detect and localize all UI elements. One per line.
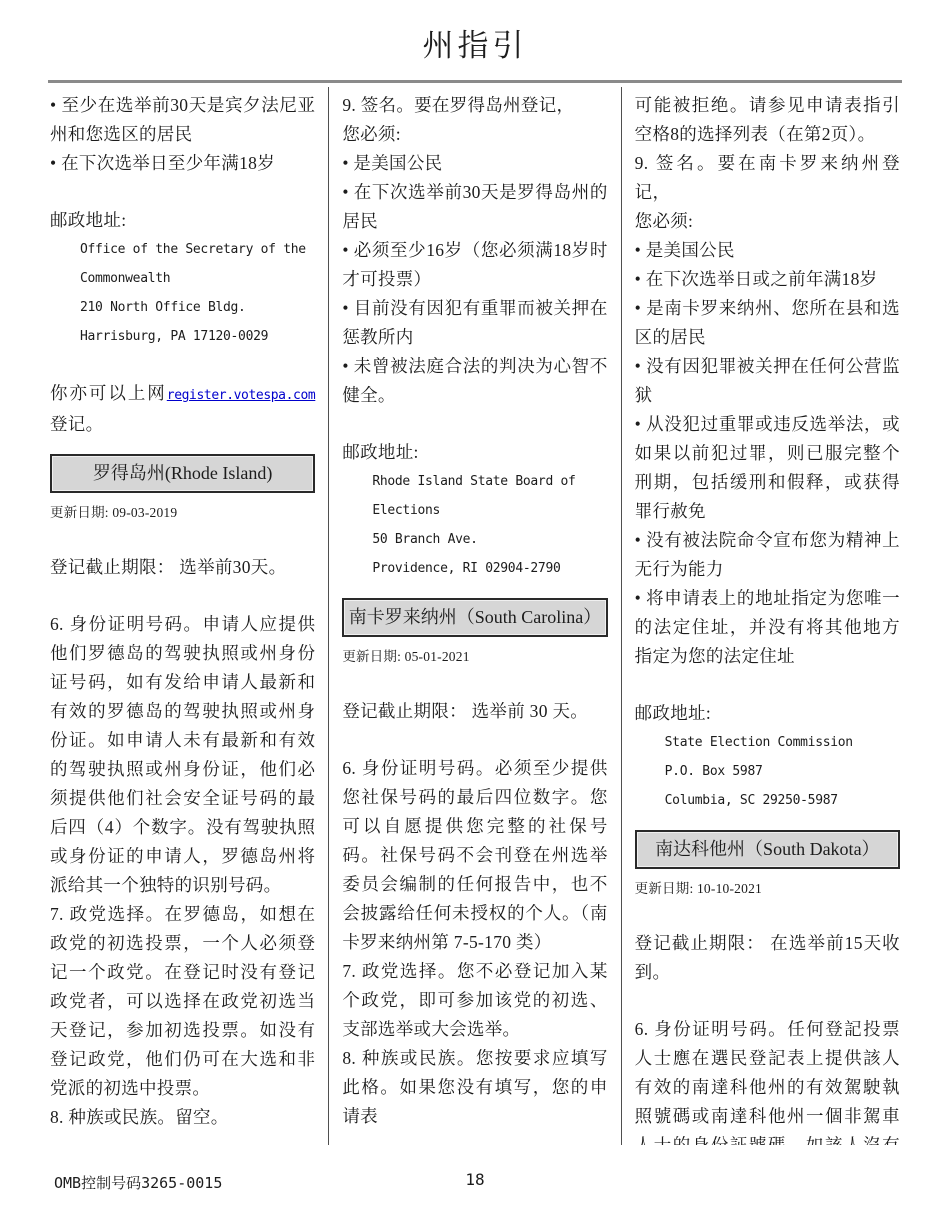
text-paragraph: 6. 身份证明号码。任何登記投票人士應在選民登記表上提供該人有效的南達科他州的有… [635,1015,900,1145]
votespa-link[interactable]: register.votespa.com [167,388,316,403]
text-paragraph: • 在下次选举日或之前年满18岁 [635,265,900,294]
text-paragraph: • 未曾被法庭合法的判决为心智不健全。 [342,352,607,410]
text-paragraph: • 在下次选举前30天是罗得岛州的居民 [342,178,607,236]
address-line: Rhode Island State Board of [372,467,607,496]
text-paragraph: 9. 签名。要在罗得岛州登记， [342,91,607,120]
column-left: • 至少在选举前30天是宾夕法尼亚州和您选区的居民• 在下次选举日至少年满18岁… [48,87,328,1145]
mailing-address: Office of the Secretary of theCommonweal… [50,235,315,351]
address-line: Columbia, SC 29250-5987 [665,786,900,815]
text-paragraph: • 没有因犯罪被关押在任何公营监狱 [635,352,900,410]
text-paragraph: • 在下次选举日至少年满18岁 [50,149,315,178]
content-area: • 至少在选举前30天是宾夕法尼亚州和您选区的居民• 在下次选举日至少年满18岁… [48,87,902,1145]
state-section-title: 南卡罗来纳州（South Carolina） [349,607,602,627]
text-paragraph: • 从没犯过重罪或违反选举法，或如果以前犯过罪，则已服完整个刑期，包括缓刑和假释… [635,410,900,526]
state-section-header: 南达科他州（South Dakota） [635,830,900,869]
text-paragraph: 登记截止期限： 选举前30天。 [50,553,315,582]
text-paragraph: • 至少在选举前30天是宾夕法尼亚州和您选区的居民 [50,91,315,149]
link-suffix-text: 登记。 [50,414,103,434]
column-middle: 9. 签名。要在罗得岛州登记，您必须:• 是美国公民• 在下次选举前30天是罗得… [329,87,620,1145]
text-paragraph: 9. 签名。要在南卡罗来纳州登记， [635,149,900,207]
column-right: 可能被拒绝。请参见申请表指引空格8的选择列表（在第2页）。9. 签名。要在南卡罗… [622,87,902,1145]
text-paragraph: • 是南卡罗来纳州、您所在县和选区的居民 [635,294,900,352]
update-date: 更新日期: 09-03-2019 [50,501,315,525]
address-line: State Election Commission [665,728,900,757]
text-paragraph: 7. 政党选择。在罗德岛，如想在政党的初选投票，一个人必须登记一个政党。在登记时… [50,900,315,1103]
text-paragraph: • 是美国公民 [635,236,900,265]
address-line: Elections [372,496,607,525]
online-register-line: 你亦可以上网register.votespa.com登记。 [50,379,315,439]
text-paragraph: 6. 身份证明号码。申请人应提供他们罗德岛的驾驶执照或州身份证号码，如有发给申请… [50,610,315,900]
address-line: Providence, RI 02904-2790 [372,554,607,583]
state-section-header: 罗得岛州(Rhode Island) [50,454,315,493]
address-line: 50 Branch Ave. [372,525,607,554]
text-paragraph: • 将申请表上的地址指定为您唯一的法定住址，并没有将其他地方指定为您的法定住址 [635,584,900,671]
spacer [635,987,900,1015]
text-paragraph: • 是美国公民 [342,149,607,178]
mailing-address: Rhode Island State Board ofElections50 B… [342,467,607,583]
mailing-address: State Election CommissionP.O. Box 5987Co… [635,728,900,815]
state-section-title: 南达科他州（South Dakota） [655,839,880,859]
address-line: Harrisburg, PA 17120-0029 [80,322,315,351]
state-section-header: 南卡罗来纳州（South Carolina） [342,598,607,637]
text-paragraph: 您必须: [342,120,607,149]
spacer [635,901,900,929]
link-prefix-text: 你亦可以上网 [50,383,167,403]
page-title: 州指引 [0,26,950,66]
spacer [50,178,315,206]
spacer [342,669,607,697]
spacer [342,726,607,754]
update-date: 更新日期: 05-01-2021 [342,645,607,669]
text-paragraph: 8. 种族或民族。留空。 [50,1103,315,1132]
document-page: 州指引 • 至少在选举前30天是宾夕法尼亚州和您选区的居民• 在下次选举日至少年… [0,0,950,1230]
page-number: 18 [48,1170,902,1189]
text-paragraph: • 没有被法院命令宣布您为精神上无行为能力 [635,526,900,584]
text-paragraph: 8. 种族或民族。您按要求应填写此格。如果您没有填写，您的申请表 [342,1044,607,1131]
text-paragraph: • 必须至少16岁（您必须满18岁时才可投票） [342,236,607,294]
mailing-address-label: 邮政地址: [635,699,900,728]
address-line: Office of the Secretary of the [80,235,315,264]
text-paragraph: 可能被拒绝。请参见申请表指引空格8的选择列表（在第2页）。 [635,91,900,149]
spacer [342,410,607,438]
text-paragraph: • 目前没有因犯有重罪而被关押在惩教所内 [342,294,607,352]
text-paragraph: 7. 政党选择。您不必登记加入某个政党，即可参加该党的初选、支部选举或大会选举。 [342,957,607,1044]
update-date: 更新日期: 10-10-2021 [635,877,900,901]
spacer [50,525,315,553]
text-paragraph: 登记截止期限： 在选举前15天收到。 [635,929,900,987]
mailing-address-label: 邮政地址: [342,438,607,467]
spacer [50,582,315,610]
text-paragraph: 登记截止期限： 选举前 30 天。 [342,697,607,726]
title-divider-rule [48,80,902,83]
address-line: 210 North Office Bldg. [80,293,315,322]
mailing-address-label: 邮政地址: [50,206,315,235]
text-paragraph: 您必须: [635,207,900,236]
state-section-title: 罗得岛州(Rhode Island) [93,463,272,483]
spacer [50,351,315,379]
address-line: Commonwealth [80,264,315,293]
text-paragraph: 6. 身份证明号码。必须至少提供您社保号码的最后四位数字。您可以自愿提供您完整的… [342,754,607,957]
address-line: P.O. Box 5987 [665,757,900,786]
page-footer: OMB控制号码3265-0015 18 [48,1172,902,1194]
document-header: 州指引 [0,0,950,83]
spacer [635,671,900,699]
